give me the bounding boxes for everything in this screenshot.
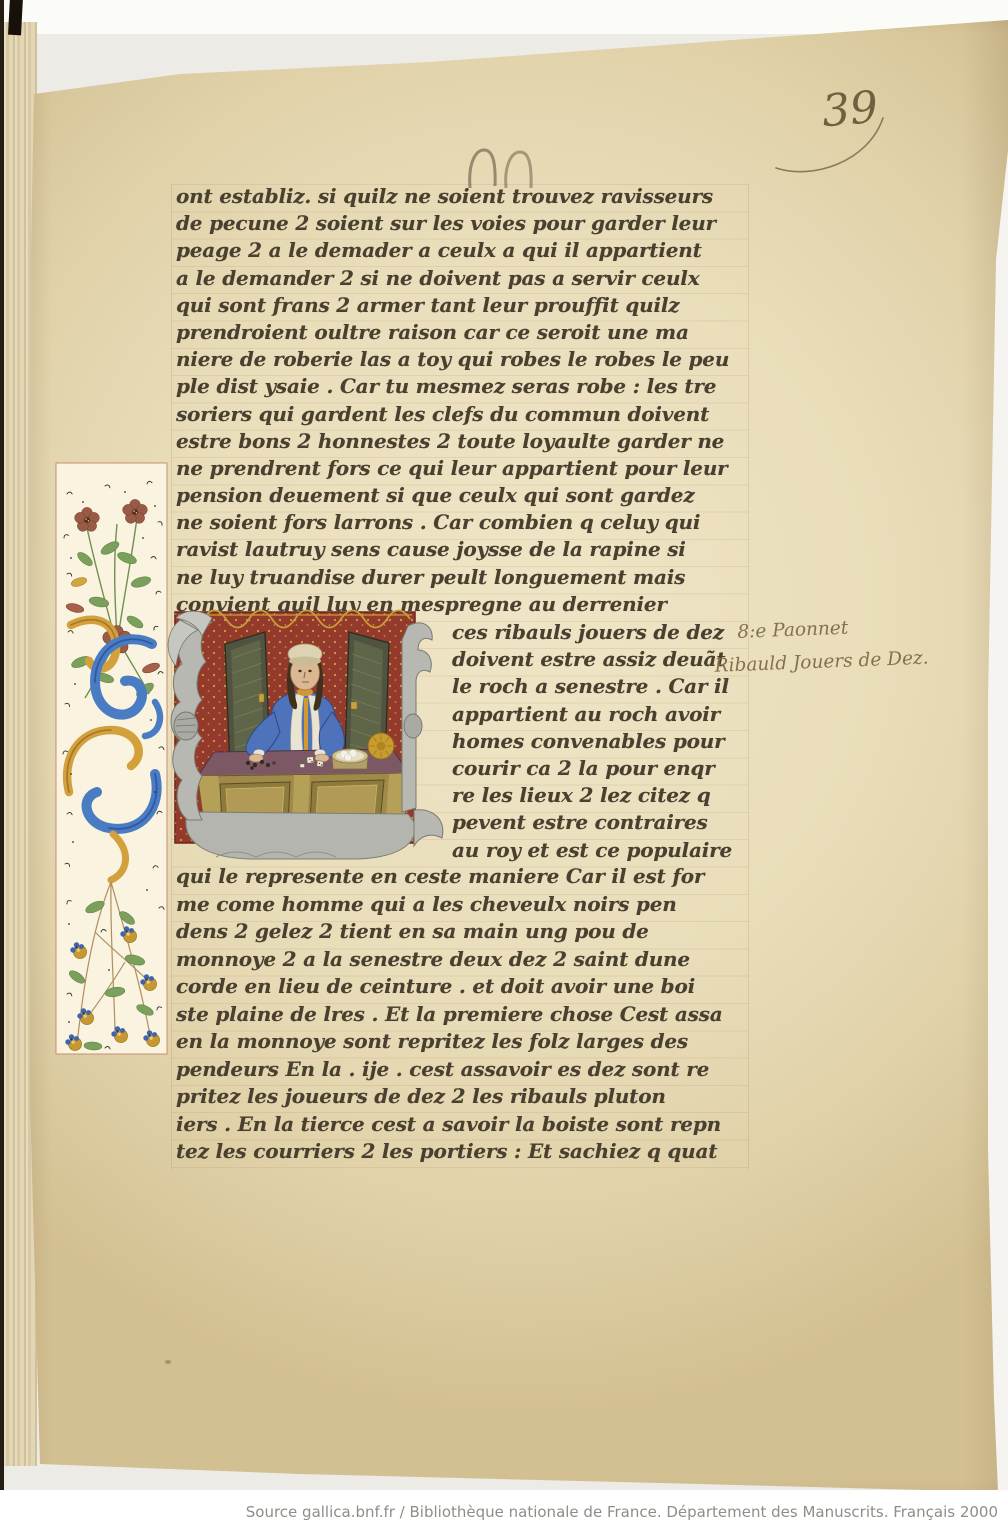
manuscript-text-line: ne luy truandise durer peult longuement … — [176, 564, 752, 591]
manuscript-text-line: pritez les joueurs de dez 2 les ribauls … — [176, 1083, 756, 1111]
manuscript-text-line: courir ca 2 la pour enqr — [452, 755, 762, 782]
manuscript-text-line: de pecune 2 soient sur les voies pour ga… — [176, 210, 752, 237]
manuscript-text-line: au roy et est ce populaire — [452, 837, 762, 864]
manuscript-text-line: homes convenables pour — [452, 728, 762, 755]
source-attribution: Source gallica.bnf.fr / Bibliothèque nat… — [246, 1503, 998, 1521]
manuscript-text-line: pendeurs En la . ije . cest assavoir es … — [176, 1056, 756, 1084]
manuscript-text-line: me come homme qui a les cheveulx noirs p… — [176, 891, 756, 919]
historiated-initial-miniature — [156, 606, 448, 863]
scan-top-edge — [0, 0, 1008, 34]
margin-annotation: 8:e Paonnet Ribauld Jouers de Dez. — [713, 607, 965, 683]
binding-clip — [8, 0, 23, 35]
manuscript-text-line: ne soient fors larrons . Car combien q c… — [176, 509, 752, 536]
manuscript-text-line: appartient au roch avoir — [452, 701, 762, 728]
manuscript-text-line: corde en lieu de ceinture . et doit avoi… — [176, 973, 756, 1001]
manuscript-text-line: ont establiz. si quilz ne soient trouvez… — [176, 183, 752, 210]
manuscript-text-line: tez les courriers 2 les portiers : Et sa… — [176, 1138, 756, 1166]
manuscript-text-line: monnoye 2 a la senestre deux dez 2 saint… — [176, 946, 756, 974]
parchment-stain — [165, 1360, 171, 1364]
manuscript-text-line: ste plaine de lres . Et la premiere chos… — [176, 1001, 756, 1029]
manuscript-text-line: qui sont frans 2 armer tant leur prouffi… — [176, 292, 752, 319]
round-box-of-letters — [332, 749, 368, 769]
folio-number-flourish — [768, 110, 888, 190]
manuscript-text-line: prendroient oultre raison car ce seroit … — [176, 319, 752, 346]
gallica-source-bar: Source gallica.bnf.fr / Bibliothèque nat… — [0, 1490, 1008, 1536]
manuscript-text-line: dens 2 gelez 2 tient en sa main ung pou … — [176, 918, 756, 946]
manuscript-text-line: ravist lautruy sens cause joysse de la r… — [176, 536, 752, 563]
text-block-upper: ont establiz. si quilz ne soient trouvez… — [176, 183, 752, 618]
manuscript-text-line: pension deuement si que ceulx qui sont g… — [176, 482, 752, 509]
manuscript-text-line: soriers qui gardent les clefs du commun … — [176, 401, 752, 428]
manuscript-text-line: estre bons 2 honnestes 2 toute loyaulte … — [176, 428, 752, 455]
manuscript-text-line: iers . En la tierce cest a savoir la boi… — [176, 1111, 756, 1139]
manuscript-text-line: niere de roberie las a toy qui robes le … — [176, 346, 752, 373]
illuminated-floral-border — [55, 462, 168, 1055]
manuscript-text-line: pevent estre contraires — [452, 809, 762, 836]
manuscript-text-line: a le demander 2 si ne doivent pas a serv… — [176, 265, 752, 292]
manuscript-text-line: re les lieux 2 lez citez q — [452, 782, 762, 809]
scalloped-plate — [368, 733, 394, 759]
manuscript-text-line: en la monnoye sont repritez les folz lar… — [176, 1028, 756, 1056]
manuscript-text-line: peage 2 a le demader a ceulx a qui il ap… — [176, 237, 752, 264]
manuscript-text-line: ne prendrent fors ce qui leur appartient… — [176, 455, 752, 482]
manuscript-text-line: ple dist ysaie . Car tu mesmez seras rob… — [176, 373, 752, 400]
manuscript-scan: 39 ont establiz. si quilz ne soient trou… — [0, 0, 1008, 1536]
manuscript-text-line: qui le represente en ceste maniere Car i… — [176, 863, 756, 891]
text-block-lower: qui le represente en ceste maniere Car i… — [176, 863, 756, 1166]
